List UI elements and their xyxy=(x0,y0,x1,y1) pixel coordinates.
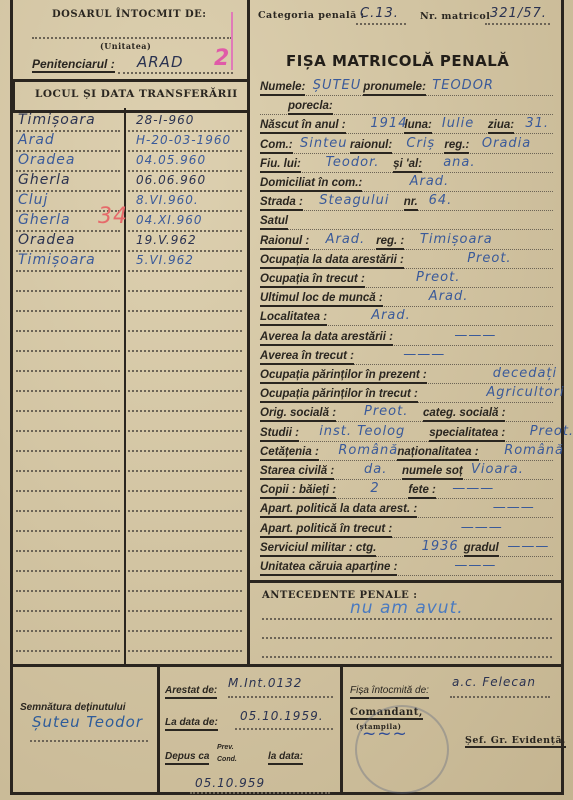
row-line xyxy=(16,570,120,572)
field-row: Unitatea căruia aparține :——— xyxy=(260,560,555,578)
transfer-date: 04.05.960 xyxy=(136,153,206,167)
transfer-row xyxy=(14,533,244,553)
transfer-row xyxy=(14,413,244,433)
stamp-mark xyxy=(355,705,449,794)
field-row: Ultimul loc de muncă :Arad. xyxy=(260,291,555,309)
prev-label: Prev. xyxy=(217,744,234,751)
form-title: FIȘA MATRICOLĂ PENALĂ xyxy=(286,52,509,70)
categoria-label: Categoria penală : xyxy=(258,10,365,21)
row-line xyxy=(16,470,120,472)
row-line xyxy=(128,150,242,152)
row-line xyxy=(128,330,242,332)
field-row: Orig. socială :Preot.categ. socială : xyxy=(260,406,555,424)
field-value: 1936 xyxy=(422,539,459,554)
transfer-place: Timișoara xyxy=(18,112,96,128)
field-label: Cetățenia : xyxy=(260,446,319,461)
antecedente-line-1 xyxy=(262,618,552,620)
row-line xyxy=(16,610,120,612)
transfer-row xyxy=(14,393,244,413)
transfer-place: Oradea xyxy=(18,152,75,168)
field-row: Numele:ȘUTEUpronumele:TEODOR xyxy=(260,80,555,98)
field-label-2: pronumele: xyxy=(363,81,426,96)
penitenciar-line xyxy=(118,72,233,74)
transfer-row xyxy=(14,553,244,573)
field-label: Ocupația părinților în prezent : xyxy=(260,369,427,384)
field-value-2: ana. xyxy=(443,155,475,170)
penitenciar-label: Penitenciarul : xyxy=(32,58,115,73)
field-line xyxy=(260,441,553,442)
field-label: Starea civilă : xyxy=(260,465,334,480)
row-line xyxy=(128,370,242,372)
field-label-2: reg. : xyxy=(376,235,404,250)
field-row: Fiu. lui:Teodor.și 'al:ana. xyxy=(260,157,555,175)
field-label-2: raionul: xyxy=(350,139,392,154)
field-value: Arad. xyxy=(429,289,469,304)
field-label: Averea la data arestării : xyxy=(260,331,393,346)
row-line xyxy=(16,410,120,412)
field-row: Satul xyxy=(260,214,555,232)
transfer-row: Oradea04.05.960 xyxy=(14,153,244,173)
field-value: ——— xyxy=(493,500,535,515)
dosar-line xyxy=(32,37,232,39)
field-value-3: 31. xyxy=(525,116,549,131)
field-row: Serviciul militar : ctg.1936gradul——— xyxy=(260,541,555,559)
row-line xyxy=(16,310,120,312)
field-row: Domiciliat în com.:Arad. xyxy=(260,176,555,194)
field-label: Numele: xyxy=(260,81,305,96)
field-label: Com.: xyxy=(260,139,293,154)
la-data2-label: la data: xyxy=(268,750,303,765)
comandant-signature: ~~~ xyxy=(362,724,408,744)
field-value: decedați xyxy=(493,366,557,381)
transfer-date: 04.XI.960 xyxy=(136,213,203,227)
field-value: Preot. xyxy=(364,404,408,419)
field-row: Studii :inst. Teologspecialitatea :Preot… xyxy=(260,426,555,444)
row-line xyxy=(128,190,242,192)
row-line xyxy=(16,430,120,432)
row-line xyxy=(128,230,242,232)
field-label: Localitatea : xyxy=(260,311,327,326)
antecedente-line-3 xyxy=(262,656,552,658)
transfer-row xyxy=(14,613,244,633)
footer-border xyxy=(10,664,561,667)
transfer-place: Gherla xyxy=(18,212,71,228)
row-line xyxy=(128,130,242,132)
field-value: Agricultori xyxy=(486,385,564,400)
field-value: Preot. xyxy=(416,270,460,285)
row-line xyxy=(16,370,120,372)
transfer-row xyxy=(14,293,244,313)
field-value: ——— xyxy=(403,347,445,362)
field-label-2: nr. xyxy=(404,196,418,211)
transfer-row: AradH-20-03-1960 xyxy=(14,133,244,153)
field-row: Apart. politică la data arest. :——— xyxy=(260,502,555,520)
field-value: Arad. xyxy=(410,174,450,189)
antecedente-border xyxy=(248,580,561,583)
row-line xyxy=(128,250,242,252)
transfer-date: 5.VI.962 xyxy=(136,253,194,267)
field-row: Strada :Steaguluinr.64. xyxy=(260,195,555,213)
transfer-row xyxy=(14,453,244,473)
transfer-row: Timișoara28-I-960 xyxy=(14,113,244,133)
transfer-row xyxy=(14,633,244,653)
field-value: Arad. xyxy=(371,308,411,323)
semnatura-line xyxy=(30,740,148,742)
row-line xyxy=(16,270,120,272)
field-label: Ultimul loc de muncă : xyxy=(260,292,383,307)
field-value: Teodor. xyxy=(326,155,380,170)
field-row: Apart. politică în trecut :——— xyxy=(260,522,555,540)
field-value: Sinteu xyxy=(300,136,347,151)
field-label: Ocupația părinților în trecut : xyxy=(260,388,418,403)
row-line xyxy=(128,290,242,292)
field-label-2: numele soț xyxy=(402,465,463,480)
transfer-row: Timișoara5.VI.962 xyxy=(14,253,244,273)
row-line xyxy=(128,590,242,592)
matricol-label: Nr. matricol xyxy=(420,11,490,22)
field-value-2: Iulie xyxy=(442,116,474,131)
row-line xyxy=(16,450,120,452)
field-label: Apart. politică în trecut : xyxy=(260,523,392,538)
row-line xyxy=(128,630,242,632)
field-row: Ocupația părinților în prezent :decedați xyxy=(260,368,555,386)
row-line xyxy=(16,390,120,392)
row-line xyxy=(128,470,242,472)
transfer-row xyxy=(14,313,244,333)
field-row: Com.:Sinteuraionul:Crișreg.:Oradia xyxy=(260,138,555,156)
la-data2-line xyxy=(190,792,330,794)
field-label-2: fete : xyxy=(408,484,435,499)
field-value-2: Vioara. xyxy=(471,462,524,477)
field-label: Serviciul militar : ctg. xyxy=(260,542,376,557)
row-line xyxy=(128,210,242,212)
field-row: Copii : băieți :2fete :——— xyxy=(260,483,555,501)
field-row: porecla: xyxy=(260,99,555,117)
row-line xyxy=(128,270,242,272)
row-line xyxy=(128,350,242,352)
arestat-label: Arestat de: xyxy=(165,684,217,699)
field-label: Domiciliat în com.: xyxy=(260,177,362,192)
transfer-date: 28-I-960 xyxy=(136,113,194,127)
field-value-2: ——— xyxy=(452,481,494,496)
field-row: Cetățenia :Românănaționalitatea :Română xyxy=(260,445,555,463)
row-line xyxy=(16,530,120,532)
la-data-line xyxy=(235,728,333,730)
fisa-value: a.c. Felecan xyxy=(452,675,536,689)
row-line xyxy=(128,450,242,452)
dosar-label: DOSARUL ÎNTOCMIT DE: xyxy=(52,9,207,20)
row-line xyxy=(128,490,242,492)
transfer-date: 06.06.960 xyxy=(136,173,206,187)
field-row: Ocupația părinților în trecut :Agriculto… xyxy=(260,387,555,405)
transfer-row: Oradea19.V.962 xyxy=(14,233,244,253)
field-label-3: ziua: xyxy=(488,119,514,134)
row-line xyxy=(16,350,120,352)
field-label: Fiu. lui: xyxy=(260,158,301,173)
field-label: Studii : xyxy=(260,427,299,442)
field-label: Orig. socială : xyxy=(260,407,336,422)
field-line xyxy=(260,229,553,230)
transfers-heading: LOCUL ȘI DATA TRANSFERĂRII xyxy=(35,88,238,100)
field-label: Apart. politică la data arest. : xyxy=(260,503,417,518)
field-label: Unitatea căruia aparține : xyxy=(260,561,397,576)
transfer-row xyxy=(14,593,244,613)
sef-label: Șef. Gr. Evidență, xyxy=(465,735,566,748)
semnatura-label: Semnătura deținutului xyxy=(20,702,126,713)
row-line xyxy=(16,290,120,292)
arestat-line xyxy=(228,696,333,698)
field-value: inst. Teolog xyxy=(319,424,405,439)
field-value-2: 64. xyxy=(429,193,453,208)
field-row: Averea în trecut :——— xyxy=(260,349,555,367)
row-line xyxy=(16,590,120,592)
field-label-2: naționalitatea : xyxy=(397,446,478,461)
row-line xyxy=(16,650,120,652)
pink-stroke xyxy=(231,12,233,70)
pink-mark: 2 xyxy=(214,46,230,71)
row-line xyxy=(128,310,242,312)
field-label: Strada : xyxy=(260,196,303,211)
field-value: 1914 xyxy=(370,116,407,131)
field-value-2: ——— xyxy=(507,539,549,554)
field-label: Ocupația la data arestării : xyxy=(260,254,404,269)
row-line xyxy=(16,490,120,492)
transfer-row xyxy=(14,433,244,453)
transfer-row xyxy=(14,493,244,513)
row-line xyxy=(128,510,242,512)
antecedente-value: nu am avut. xyxy=(350,598,464,618)
fisa-label: Fișa întocmită de: xyxy=(350,684,429,699)
transfer-row xyxy=(14,333,244,353)
field-label: Raionul : xyxy=(260,235,309,250)
field-value: 2 xyxy=(370,481,379,496)
transfer-row xyxy=(14,513,244,533)
field-label: Născut în anul : xyxy=(260,119,346,134)
transfer-date: 19.V.962 xyxy=(136,233,197,247)
transfer-place: Oradea xyxy=(18,232,75,248)
row-line xyxy=(128,570,242,572)
field-value-2: TEODOR xyxy=(432,78,494,93)
row-line xyxy=(16,630,120,632)
row-line xyxy=(128,550,242,552)
la-data-value: 05.10.1959. xyxy=(240,709,324,723)
field-label-2: gradul xyxy=(464,542,499,557)
depus-label: Depus ca xyxy=(165,750,209,765)
transfer-row: Cluj8.VI.960. xyxy=(14,193,244,213)
field-value: ——— xyxy=(461,520,503,535)
field-value-3: Oradia xyxy=(482,136,531,151)
transfer-row xyxy=(14,373,244,393)
field-label: Averea în trecut : xyxy=(260,350,354,365)
row-line xyxy=(128,430,242,432)
penitenciar-value: ARAD xyxy=(137,53,184,71)
semnatura-value: Șuteu Teodor xyxy=(32,713,143,731)
field-label-2: luna: xyxy=(404,119,431,134)
cond-label: Cond. xyxy=(217,756,237,763)
field-value: Română xyxy=(338,443,398,458)
field-label: porecla: xyxy=(288,100,333,115)
row-line xyxy=(128,410,242,412)
field-value: ——— xyxy=(454,558,496,573)
field-row: Născut în anul :1914luna:Iulieziua:31. xyxy=(260,118,555,136)
field-value: Arad. xyxy=(326,232,366,247)
row-line xyxy=(16,330,120,332)
field-row: Ocupația la data arestării :Preot. xyxy=(260,253,555,271)
transfer-place: Cluj xyxy=(18,192,48,208)
field-row: Starea civilă :da.numele soțVioara. xyxy=(260,464,555,482)
field-label-3: reg.: xyxy=(444,139,469,154)
footer-divider-1 xyxy=(157,665,160,793)
red-mark: 34 xyxy=(98,204,128,229)
field-value: ȘUTEU xyxy=(313,78,361,93)
field-row: Localitatea :Arad. xyxy=(260,310,555,328)
transfer-place: Timișoara xyxy=(18,252,96,268)
field-value: Preot. xyxy=(467,251,511,266)
field-row: Ocupația în trecut :Preot. xyxy=(260,272,555,290)
matricol-line xyxy=(485,23,550,25)
la-data2-value: 05.10.959 xyxy=(195,776,265,790)
field-value: Steagului xyxy=(319,193,389,208)
fisa-line xyxy=(450,696,550,698)
transfer-date: 8.VI.960. xyxy=(136,193,199,207)
row-line xyxy=(128,170,242,172)
footer-divider-2 xyxy=(340,665,343,793)
field-row: Raionul :Arad.reg. :Timișoara xyxy=(260,234,555,252)
transfer-place: Gherla xyxy=(18,172,71,188)
antecedente-line-2 xyxy=(262,637,552,639)
categoria-line xyxy=(356,23,406,25)
field-line xyxy=(260,153,553,154)
field-label-2: categ. socială : xyxy=(423,407,505,422)
field-value-2: Preot. xyxy=(530,424,573,439)
field-value-2: Română xyxy=(504,443,564,458)
field-label-2: și 'al: xyxy=(393,158,422,173)
field-label: Ocupația în trecut : xyxy=(260,273,365,288)
la-data-label: La data de: xyxy=(165,716,218,731)
unitatea-label: (Unitatea) xyxy=(100,41,151,51)
row-line xyxy=(16,510,120,512)
matricol-value: 321/57. xyxy=(490,6,547,21)
row-line xyxy=(128,610,242,612)
row-line xyxy=(128,650,242,652)
field-row: Averea la data arestării :——— xyxy=(260,330,555,348)
transfer-row: Gherla04.XI.960 xyxy=(14,213,244,233)
transfer-row xyxy=(14,573,244,593)
row-line xyxy=(128,390,242,392)
transfer-place: Arad xyxy=(18,132,55,148)
field-value: da. xyxy=(364,462,387,477)
field-label: Copii : băieți : xyxy=(260,484,336,499)
transfer-row: Gherla06.06.960 xyxy=(14,173,244,193)
transfer-date: H-20-03-1960 xyxy=(136,133,231,147)
transfer-row xyxy=(14,273,244,293)
row-line xyxy=(128,530,242,532)
field-value: ——— xyxy=(454,328,496,343)
field-label-2: specialitatea : xyxy=(429,427,505,442)
field-value-2: Timișoara xyxy=(420,232,493,247)
arestat-value: M.Int.0132 xyxy=(228,676,302,690)
field-label: Satul xyxy=(260,215,288,230)
transfer-row xyxy=(14,473,244,493)
field-value-2: Criș xyxy=(406,136,435,151)
transfer-row xyxy=(14,353,244,373)
row-line xyxy=(16,550,120,552)
categoria-value: C.13. xyxy=(360,6,399,21)
